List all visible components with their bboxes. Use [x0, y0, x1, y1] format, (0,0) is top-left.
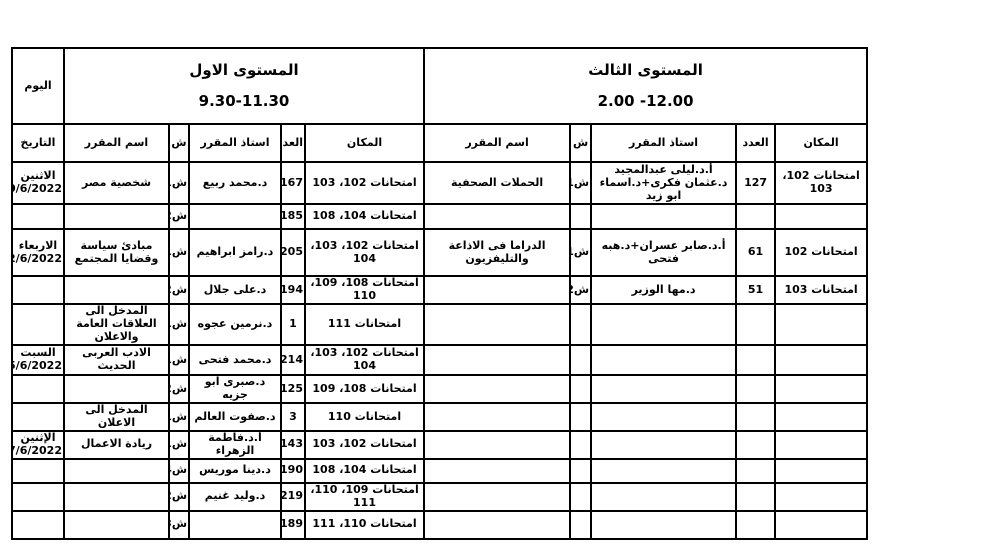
l1-instructor-cell: د.صبرى ابو جزيه — [189, 375, 281, 403]
l3-count-cell — [736, 431, 775, 459]
l1-count-cell: 190 — [281, 459, 305, 483]
l1-place-cell: امتحانات 110، 111 — [305, 511, 424, 539]
date-cell — [12, 403, 64, 431]
l1-section-cell: ش1 — [169, 403, 189, 431]
l1-section-cell: ش3 — [169, 511, 189, 539]
l1-place-cell: امتحانات 110 — [305, 403, 424, 431]
l3-course-cell — [424, 304, 570, 345]
level1-title: المستوى الاول — [66, 62, 422, 80]
l1-section-cell: ش1 — [169, 229, 189, 276]
l1-place-cell: امتحانات 104، 108 — [305, 459, 424, 483]
level3-header: المستوى الثالث 2.00 -12.00 — [424, 48, 867, 124]
l3-place-cell — [775, 431, 867, 459]
date-cell: السبت 25/6/2022 — [12, 345, 64, 375]
level1-header: المستوى الاول 9.30-11.30 — [64, 48, 424, 124]
l1-instructor-cell: أ.د.فاطمة الزهراء — [189, 431, 281, 459]
date-cell — [12, 483, 64, 511]
l3-course-cell — [424, 276, 570, 304]
date-cell: الاربعاء 22/6/2022 — [12, 229, 64, 276]
l1-count-cell: 205 — [281, 229, 305, 276]
l1-section-cell: ش2 — [169, 276, 189, 304]
l1-section-cell: ش2 — [169, 204, 189, 229]
l1-instructor-cell: د.رامز ابراهيم — [189, 229, 281, 276]
l3-instructor-cell — [591, 511, 736, 539]
table-row: ش2 د.وليد غنيم 219 امتحانات 109، 110، 11… — [12, 483, 867, 511]
l1-course-cell — [64, 204, 169, 229]
l3-count-cell — [736, 483, 775, 511]
table-row: ش2 د.على جلال 194 امتحانات 108، 109، 110… — [12, 276, 867, 304]
l3-instructor-cell — [591, 403, 736, 431]
l1-section-cell: ش1 — [169, 162, 189, 204]
l3-course-cell — [424, 483, 570, 511]
l1-section-cell: ش4 — [169, 459, 189, 483]
l3-instructor-cell — [591, 345, 736, 375]
l3-place-cell — [775, 204, 867, 229]
l1-count-cell: 1 — [281, 304, 305, 345]
l1-instructor-cell — [189, 511, 281, 539]
l3-count-cell — [736, 304, 775, 345]
table-row: المدخل الى الاعلان ش1 د.صفوت العالم 3 ام… — [12, 403, 867, 431]
l1-course-cell — [64, 511, 169, 539]
l3-course-cell — [424, 403, 570, 431]
date-cell — [12, 511, 64, 539]
l3-section-cell: ش1 — [570, 162, 591, 204]
l3-section-cell — [570, 375, 591, 403]
l1-section-cell: ش1 — [169, 304, 189, 345]
l3-section-header: ش — [570, 124, 591, 162]
l3-section-cell — [570, 511, 591, 539]
l3-instructor-cell — [591, 431, 736, 459]
l3-section-cell: ش1 — [570, 229, 591, 276]
exam-schedule-page: اليوم المستوى الاول 9.30-11.30 المستوى ا… — [0, 0, 996, 556]
l1-instructor-cell — [189, 204, 281, 229]
l3-course-cell — [424, 431, 570, 459]
l3-count-cell: 61 — [736, 229, 775, 276]
l3-instructor-cell — [591, 459, 736, 483]
l3-section-cell — [570, 483, 591, 511]
l1-section-header: ش — [169, 124, 189, 162]
l1-course-cell: شخصية مصر — [64, 162, 169, 204]
l3-place-header: المكان — [775, 124, 867, 162]
table-row: ش3 189 امتحانات 110، 111 — [12, 511, 867, 539]
l1-place-cell: امتحانات 108، 109، 110 — [305, 276, 424, 304]
l3-place-cell: امتحانات 103 — [775, 276, 867, 304]
l1-course-cell: المدخل الى العلاقات العامة والاعلان — [64, 304, 169, 345]
l1-instructor-cell: د.نرمين عجوه — [189, 304, 281, 345]
l3-place-cell: امتحانات 102، 103 — [775, 162, 867, 204]
l1-instructor-cell: د.صفوت العالم — [189, 403, 281, 431]
level3-title: المستوى الثالث — [426, 62, 865, 80]
exam-schedule-table: اليوم المستوى الاول 9.30-11.30 المستوى ا… — [11, 47, 868, 540]
l1-count-cell: 167 — [281, 162, 305, 204]
l3-course-cell — [424, 459, 570, 483]
l3-count-cell — [736, 403, 775, 431]
l3-count-cell — [736, 375, 775, 403]
l3-place-cell — [775, 459, 867, 483]
l3-place-cell — [775, 345, 867, 375]
l1-course-cell: ريادة الاعمال — [64, 431, 169, 459]
l1-course-cell: الادب العربى الحديث — [64, 345, 169, 375]
l1-course-cell — [64, 483, 169, 511]
l1-count-header: العدد — [281, 124, 305, 162]
l1-count-cell: 143 — [281, 431, 305, 459]
l1-course-cell: مبادئ سياسة وقضايا المجتمع — [64, 229, 169, 276]
date-cell — [12, 204, 64, 229]
l3-instructor-header: استاذ المقرر — [591, 124, 736, 162]
l3-place-cell: امتحانات 102 — [775, 229, 867, 276]
l1-place-cell: امتحانات 108، 109 — [305, 375, 424, 403]
l3-course-cell — [424, 204, 570, 229]
l1-course-header: اسم المقرر — [64, 124, 169, 162]
l1-place-cell: امتحانات 102، 103 — [305, 162, 424, 204]
l1-place-cell: امتحانات 104، 108 — [305, 204, 424, 229]
l1-place-cell: امتحانات 102، 103، 104 — [305, 229, 424, 276]
l3-section-cell: ش2 — [570, 276, 591, 304]
date-header: التاريخ — [12, 124, 64, 162]
l1-count-cell: 219 — [281, 483, 305, 511]
l3-instructor-cell — [591, 483, 736, 511]
l3-count-cell: 127 — [736, 162, 775, 204]
l3-instructor-cell: د.مها الوزير — [591, 276, 736, 304]
l1-section-cell: ش2 — [169, 483, 189, 511]
l3-course-cell: الحملات الصحفية — [424, 162, 570, 204]
l1-count-cell: 185 — [281, 204, 305, 229]
l3-section-cell — [570, 403, 591, 431]
l1-instructor-cell: د.وليد غنيم — [189, 483, 281, 511]
table-row: السبت 25/6/2022 الادب العربى الحديث ش1 د… — [12, 345, 867, 375]
table-row: ش2 د.صبرى ابو جزيه 125 امتحانات 108، 109 — [12, 375, 867, 403]
l1-count-cell: 125 — [281, 375, 305, 403]
l3-place-cell — [775, 375, 867, 403]
l3-course-cell — [424, 345, 570, 375]
table-row: المدخل الى العلاقات العامة والاعلان ش1 د… — [12, 304, 867, 345]
l3-instructor-cell: أ.د.صابر عسران+د.هبه فتحى — [591, 229, 736, 276]
table-row: الاثنين 20/6/2022 شخصية مصر ش1 د.محمد رب… — [12, 162, 867, 204]
l3-section-cell — [570, 345, 591, 375]
table-row: ش2 185 امتحانات 104، 108 — [12, 204, 867, 229]
table-row: ش4 د.دينا موريس 190 امتحانات 104، 108 — [12, 459, 867, 483]
l1-instructor-cell: د.محمد ربيع — [189, 162, 281, 204]
l1-place-header: المكان — [305, 124, 424, 162]
level1-time: 9.30-11.30 — [66, 93, 422, 111]
l3-section-cell — [570, 431, 591, 459]
date-cell — [12, 276, 64, 304]
l1-section-cell: ش1 — [169, 345, 189, 375]
date-cell: الاثنين 20/6/2022 — [12, 162, 64, 204]
l1-course-cell: المدخل الى الاعلان — [64, 403, 169, 431]
date-cell: الإثنين 27/6/2022 — [12, 431, 64, 459]
table-row: الإثنين 27/6/2022 ريادة الاعمال ش1 أ.د.ف… — [12, 431, 867, 459]
l3-place-cell — [775, 483, 867, 511]
l1-instructor-cell: د.دينا موريس — [189, 459, 281, 483]
l1-place-cell: امتحانات 102، 103، 104 — [305, 345, 424, 375]
l1-count-cell: 3 — [281, 403, 305, 431]
l1-course-cell — [64, 375, 169, 403]
l3-place-cell — [775, 511, 867, 539]
date-cell — [12, 459, 64, 483]
date-cell — [12, 375, 64, 403]
l3-count-cell — [736, 204, 775, 229]
l3-count-cell — [736, 511, 775, 539]
l1-count-cell: 214 — [281, 345, 305, 375]
l3-course-header: اسم المقرر — [424, 124, 570, 162]
l3-course-cell: الدراما فى الاذاعة والتليفزيون — [424, 229, 570, 276]
l1-course-cell — [64, 459, 169, 483]
l3-section-cell — [570, 304, 591, 345]
l1-course-cell — [64, 276, 169, 304]
day-header: اليوم — [12, 48, 64, 124]
l3-place-cell — [775, 304, 867, 345]
l1-count-cell: 194 — [281, 276, 305, 304]
l3-count-cell — [736, 345, 775, 375]
table-row: الاربعاء 22/6/2022 مبادئ سياسة وقضايا ال… — [12, 229, 867, 276]
date-cell — [12, 304, 64, 345]
l3-section-cell — [570, 204, 591, 229]
l1-instructor-header: استاذ المقرر — [189, 124, 281, 162]
l3-course-cell — [424, 375, 570, 403]
l1-instructor-cell: د.محمد فتحى — [189, 345, 281, 375]
l1-section-cell: ش2 — [169, 375, 189, 403]
l1-section-cell: ش1 — [169, 431, 189, 459]
l3-course-cell — [424, 511, 570, 539]
l3-instructor-cell — [591, 304, 736, 345]
l3-section-cell — [570, 459, 591, 483]
l3-instructor-cell: أ.د.ليلى عبدالمجيد د.عثمان فكرى+د.اسماء … — [591, 162, 736, 204]
l3-count-cell — [736, 459, 775, 483]
level3-time: 2.00 -12.00 — [426, 93, 865, 111]
l1-place-cell: امتحانات 102، 103 — [305, 431, 424, 459]
l1-count-cell: 189 — [281, 511, 305, 539]
l3-count-header: العدد — [736, 124, 775, 162]
l3-place-cell — [775, 403, 867, 431]
l1-place-cell: امتحانات 109، 110، 111 — [305, 483, 424, 511]
l1-instructor-cell: د.على جلال — [189, 276, 281, 304]
l1-place-cell: امتحانات 111 — [305, 304, 424, 345]
l3-instructor-cell — [591, 375, 736, 403]
l3-count-cell: 51 — [736, 276, 775, 304]
l3-instructor-cell — [591, 204, 736, 229]
